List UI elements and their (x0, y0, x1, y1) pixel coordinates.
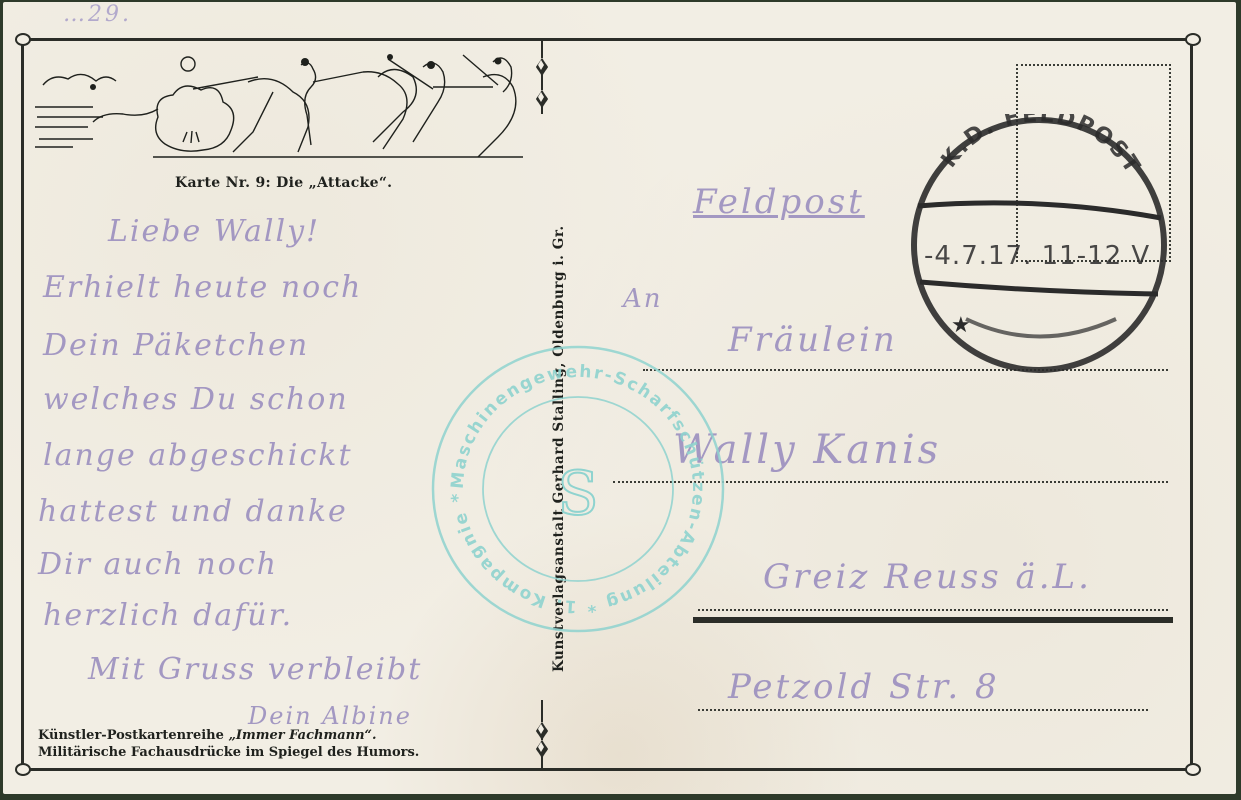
message-line: welches Du schon (43, 382, 349, 417)
postcard: …29. (3, 2, 1236, 794)
address-prefix: An (623, 284, 663, 314)
top-edge-handwriting: …29. (63, 2, 132, 27)
frame-corner-ornament (15, 763, 31, 776)
message-line: Dein Albine (248, 702, 412, 730)
message-line: lange abgeschickt (43, 438, 353, 473)
series-title: Künstler-Postkartenreihe „Immer Fachmann… (38, 727, 419, 761)
recipient-town: Greiz Reuss ä.L. (763, 557, 1092, 597)
postmark-star-icon: ★ (951, 313, 971, 338)
unit-cachet-stamp: Maschinengewehr-Scharfschützen-Abteilung… (428, 342, 728, 637)
frame-corner-ornament (1185, 763, 1201, 776)
feldpost-postmark: K.D. FELDPOST -4.7.17. 11-12 V ★ (906, 114, 1171, 376)
message-line: Liebe Wally! (108, 214, 320, 249)
address-salutation: Fräulein (728, 320, 898, 360)
series-subtitle: Militärische Fachausdrücke im Spiegel de… (38, 744, 419, 761)
cavalry-charge-illustration (33, 47, 533, 162)
message-line: Dir auch noch (38, 547, 278, 582)
address-line-4 (698, 709, 1148, 711)
address-underline-bar (693, 617, 1173, 623)
message-line: Mit Gruss verbleibt (88, 652, 422, 687)
illustration-caption: Karte Nr. 9: Die „Attacke“. (175, 175, 392, 191)
message-line: Erhielt heute noch (43, 270, 362, 305)
frame-corner-ornament (15, 33, 31, 46)
message-line: Dein Päketchen (43, 328, 309, 363)
frame-corner-ornament (1185, 33, 1201, 46)
postmark-date: -4.7.17. 11-12 V (924, 241, 1150, 271)
address-service: Feldpost (693, 182, 865, 222)
svg-text:K.D. FELDPOST: K.D. FELDPOST (937, 114, 1146, 179)
series-name: „Immer Fachmann“. (228, 728, 376, 743)
message-line: hattest und danke (38, 494, 348, 529)
series-label: Künstler-Postkartenreihe (38, 728, 228, 743)
recipient-street: Petzold Str. 8 (728, 667, 1000, 707)
unit-cachet-monogram: S (557, 459, 598, 529)
message-line: herzlich dafür. (43, 598, 293, 633)
address-line-3 (698, 609, 1168, 611)
